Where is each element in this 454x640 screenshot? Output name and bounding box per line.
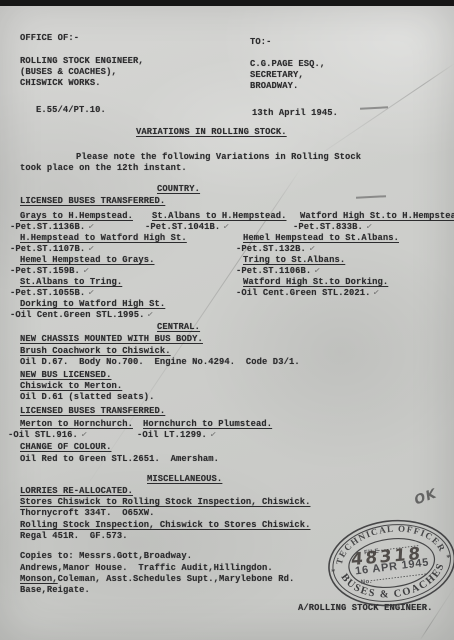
- transfer-vehicle: -Oil Cent.Green STL.2021.✓: [236, 288, 380, 298]
- subheading-lorries-reallocated: LORRIES RE-ALLOCATED.: [20, 486, 133, 496]
- section-heading-central: CENTRAL.: [157, 322, 200, 332]
- transfer-vehicle: -Pet.ST.833B.✓: [293, 222, 373, 232]
- transfer-route: Watford High St.to H.Hempstead.: [300, 211, 454, 221]
- check-mark: ✓: [373, 288, 381, 298]
- check-mark: ✓: [147, 310, 155, 320]
- intro-line: Please note the following Variations in …: [76, 152, 361, 162]
- transfer-vehicle: -Pet.ST.1041B.✓: [145, 222, 230, 232]
- transfer-vehicle: -Pet.ST.1136B.✓: [10, 222, 95, 232]
- recipient-line: C.G.PAGE ESQ.,: [250, 59, 325, 69]
- reference-number: E.55/4/PT.10.: [36, 105, 106, 115]
- transfer-vehicle: -Pet.ST.132B.✓: [236, 244, 316, 254]
- subheading-licensed-buses-transferred: LICENSED BUSES TRANSFERRED.: [20, 196, 165, 206]
- stamp-no-label: No.: [361, 579, 373, 586]
- vehicle-detail: Oil D.67. Body No.700. Engine No.4294. C…: [20, 357, 300, 367]
- transfer-route: Brush Coachwork to Chiswick.: [20, 346, 171, 356]
- section-heading-miscellaneous: MISCELLANEOUS.: [147, 474, 222, 484]
- office-address-line: ROLLING STOCK ENGINEER,: [20, 56, 144, 66]
- check-mark: ✓: [82, 266, 90, 276]
- transfer-vehicle: -Pet.ST.1106B.✓: [236, 266, 321, 276]
- office-address-line: CHISWICK WORKS.: [20, 78, 101, 88]
- transfer-route: Stores Chiswick to Rolling Stock Inspect…: [20, 497, 310, 507]
- check-mark: ✓: [88, 244, 96, 254]
- transfer-route: Grays to H.Hempstead.: [20, 211, 133, 221]
- copies-line: Monson,Coleman, Asst.Schedules Supt.,Mar…: [20, 574, 294, 584]
- transfer-vehicle: -Oil Cent.Green STL.1995.✓: [10, 310, 154, 320]
- transfer-route: Hornchurch to Plumstead.: [143, 419, 272, 429]
- to-label: TO:-: [250, 37, 272, 47]
- transfer-route: Tring to St.Albans.: [243, 255, 345, 265]
- office-of-label: OFFICE OF:-: [20, 33, 79, 43]
- transfer-route: St.Albans to H.Hempstead.: [152, 211, 286, 221]
- check-mark: ✓: [88, 288, 96, 298]
- transfer-route: Watford High St.to Dorking.: [243, 277, 388, 287]
- document-title: VARIATIONS IN ROLLING STOCK.: [136, 127, 287, 137]
- transfer-vehicle: -Oil LT.1299.✓: [137, 430, 217, 440]
- transfer-route: Chiswick to Merton.: [20, 381, 122, 391]
- pencil-dash: [356, 195, 386, 198]
- transfer-route: Rolling Stock Inspection, Chiswick to St…: [20, 520, 310, 530]
- stamp-star-left: *: [331, 567, 336, 576]
- copies-line: Andrews,Manor House. Traffic Audit,Hilli…: [20, 563, 273, 573]
- check-mark: ✓: [365, 222, 373, 232]
- vehicle-detail: Oil D.61 (slatted seats).: [20, 392, 154, 402]
- scanned-memo-page: OFFICE OF:- ROLLING STOCK ENGINEER, (BUS…: [0, 0, 454, 640]
- transfer-route: Hemel Hempstead to St.Albans.: [243, 233, 399, 243]
- office-address-line: (BUSES & COACHES),: [20, 67, 117, 77]
- pencil-dash: [360, 106, 388, 109]
- transfer-vehicle: -Oil STL.916.✓: [8, 430, 88, 440]
- scan-edge-bar: [0, 0, 454, 6]
- recipient-line: BROADWAY.: [250, 81, 298, 91]
- letter-date: 13th April 1945.: [252, 108, 338, 118]
- check-mark: ✓: [80, 430, 88, 440]
- check-mark: ✓: [209, 430, 217, 440]
- copies-line: Copies to: Messrs.Gott,Broadway.: [20, 551, 192, 561]
- transfer-vehicle: Regal 451R. GF.573.: [20, 531, 128, 541]
- check-mark: ✓: [223, 222, 231, 232]
- vehicle-detail: Oil Red to Green STL.2651. Amersham.: [20, 454, 219, 464]
- section-heading-country: COUNTRY.: [157, 184, 200, 194]
- intro-line: took place on the 12th instant.: [20, 163, 187, 173]
- subheading-licensed-buses-transferred: LICENSED BUSES TRANSFERRED.: [20, 406, 165, 416]
- check-mark: ✓: [88, 222, 96, 232]
- transfer-route: St.Albans to Tring.: [20, 277, 122, 287]
- transfer-vehicle: -Pet.ST.159B.✓: [10, 266, 90, 276]
- recipient-line: SECRETARY,: [250, 70, 304, 80]
- transfer-vehicle: -Pet.ST.1055B.✓: [10, 288, 95, 298]
- ok-handwritten-mark: OK: [414, 486, 438, 509]
- check-mark: ✓: [308, 244, 316, 254]
- transfer-route: Hemel Hempstead to Grays.: [20, 255, 154, 265]
- transfer-route: Merton to Hornchurch.: [20, 419, 133, 429]
- check-mark: ✓: [314, 266, 322, 276]
- copies-line: Base,Reigate.: [20, 585, 90, 595]
- subheading-new-chassis: NEW CHASSIS MOUNTED WITH BUS BODY.: [20, 334, 203, 344]
- transfer-vehicle: -Pet.ST.1107B.✓: [10, 244, 95, 254]
- transfer-route: H.Hempstead to Watford High St.: [20, 233, 187, 243]
- transfer-vehicle: Thornycroft 334T. O65XW.: [20, 508, 154, 518]
- subheading-new-bus-licensed: NEW BUS LICENSED.: [20, 370, 111, 380]
- transfer-route: Dorking to Watford High St.: [20, 299, 165, 309]
- subheading-change-of-colour: CHANGE OF COLOUR.: [20, 442, 111, 452]
